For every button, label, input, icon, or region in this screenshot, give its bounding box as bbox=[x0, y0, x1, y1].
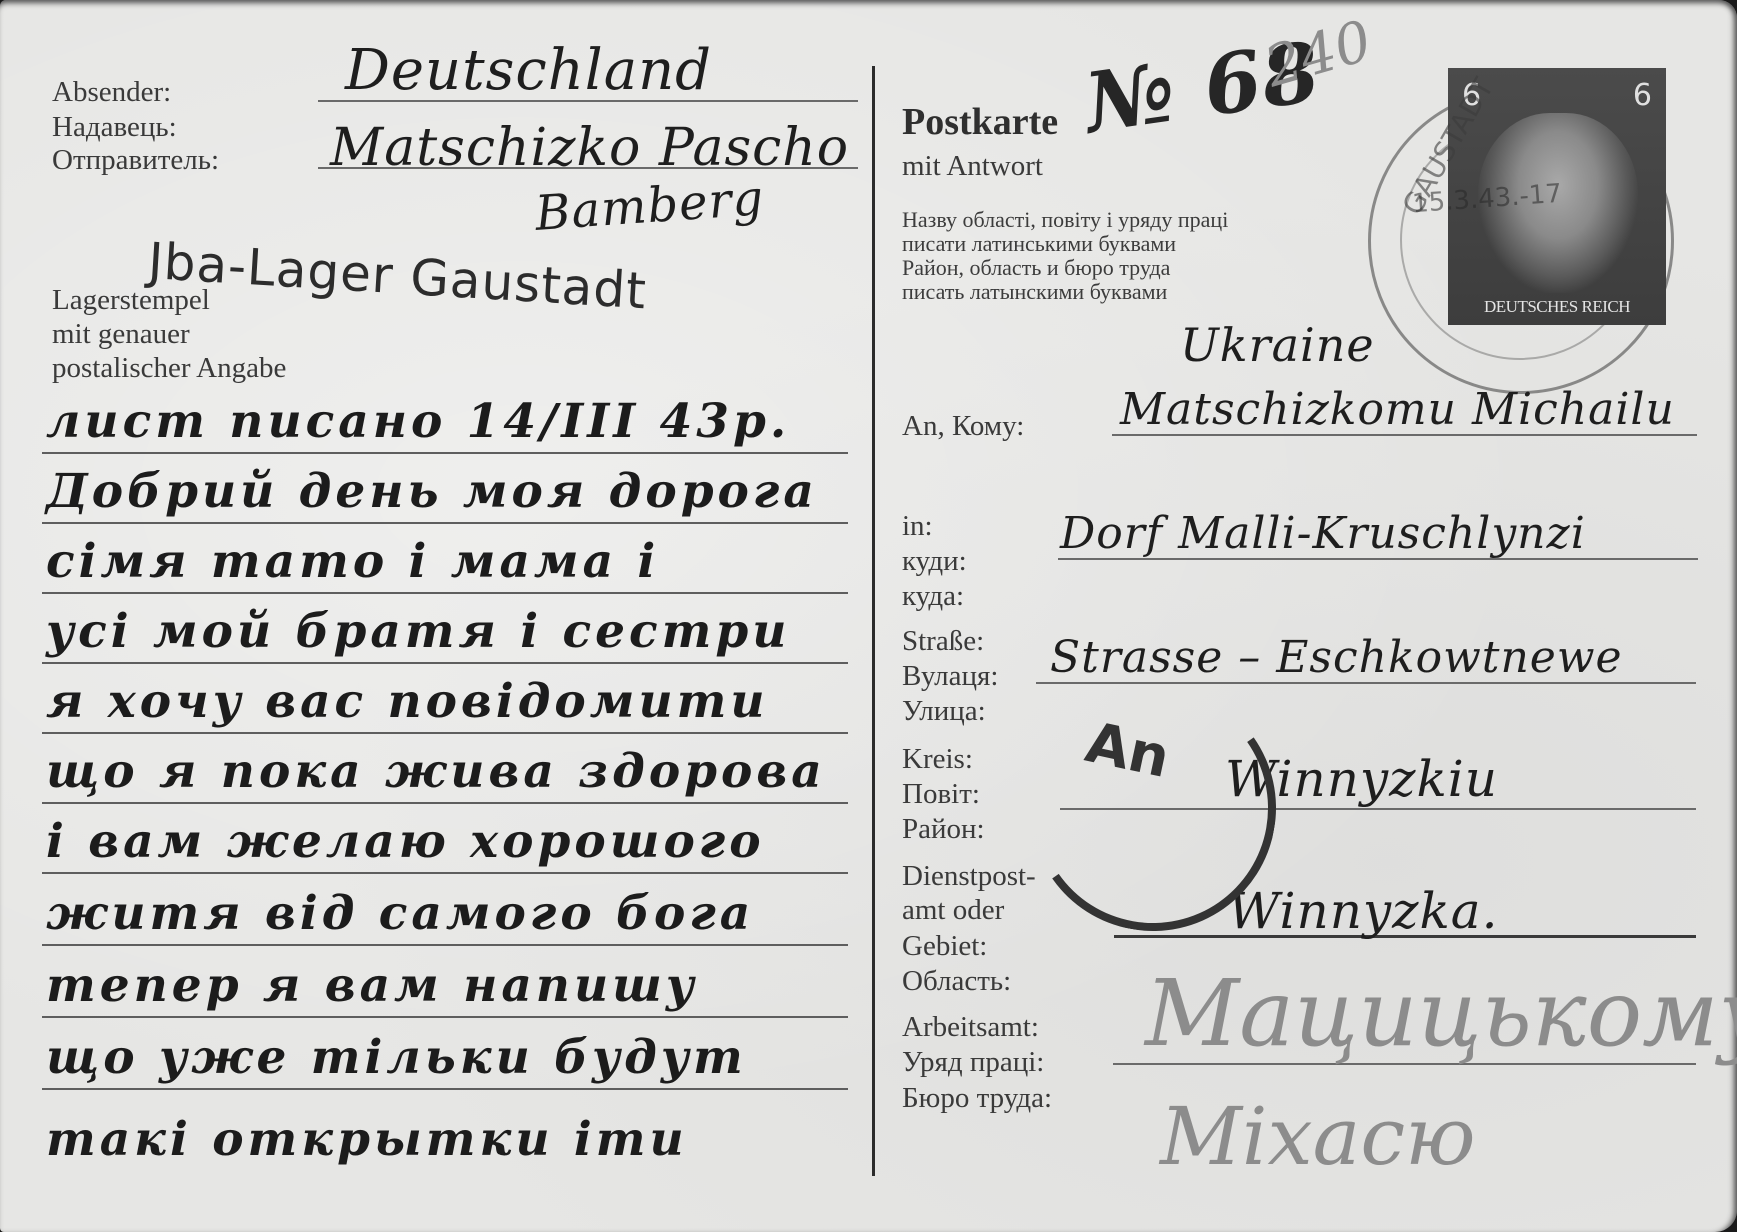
pencil-note-name: Міхасю bbox=[1160, 1090, 1476, 1183]
recipient-label-biuro-truda: Бюро труда: bbox=[902, 1084, 1052, 1113]
card-divider bbox=[872, 66, 875, 1176]
camp-stamp-label-3: postalischer Angabe bbox=[52, 354, 286, 383]
stamp-inscription: DEUTSCHES REICH bbox=[1448, 297, 1666, 317]
recipient-country: Ukraine bbox=[1180, 318, 1375, 372]
letter-rule bbox=[42, 452, 848, 454]
letter-rule bbox=[42, 1016, 848, 1018]
instruction-line-3: Район, область и бюро труда bbox=[902, 256, 1170, 280]
recipient-label-povit: Повіт: bbox=[902, 780, 980, 809]
recipient-label-in: in: bbox=[902, 512, 933, 541]
letter-line: я хочу вас повідомити bbox=[46, 674, 769, 729]
letter-rule bbox=[42, 802, 848, 804]
recipient-label-uriad-pratsi: Уряд праці: bbox=[902, 1048, 1044, 1077]
letter-line: Добрий день моя дорога bbox=[46, 464, 818, 519]
sender-country: Deutschland bbox=[345, 38, 712, 103]
letter-rule bbox=[42, 1088, 848, 1090]
recipient-label-dienstpost: Dienstpost- bbox=[902, 862, 1036, 891]
instruction-line-2: писати латинськими буквами bbox=[902, 232, 1176, 256]
letter-line: сімя тато і мама і bbox=[46, 534, 659, 589]
instruction-line-1: Назву області, повіту і уряду праці bbox=[902, 208, 1228, 232]
postcard-title: Postkarte bbox=[902, 100, 1058, 144]
pencil-number: 240 bbox=[1258, 9, 1379, 101]
recipient-label-vulytsia: Вулаця: bbox=[902, 662, 998, 691]
letter-line: такі открытки іти bbox=[46, 1112, 688, 1167]
recipient-label-ulitsa: Улица: bbox=[902, 697, 986, 726]
letter-rule bbox=[42, 522, 848, 524]
letter-rule bbox=[42, 592, 848, 594]
letter-line: житя від самого бога bbox=[46, 886, 754, 941]
recipient-name: Matschizkomu Michailu bbox=[1120, 384, 1675, 435]
letter-line: тепер я вам напишу bbox=[46, 958, 698, 1013]
recipient-label-gebiet: Gebiet: bbox=[902, 932, 987, 961]
letter-line: лист писано 14/III 43р. bbox=[46, 394, 790, 449]
letter-line: і вам желаю хорошого bbox=[46, 814, 765, 869]
sender-label-uk: Надавець: bbox=[52, 113, 177, 142]
sender-name: Matschizko Pascho bbox=[330, 118, 849, 178]
recipient-region: Winnyzka. bbox=[1228, 882, 1499, 940]
stamp-denomination-right: 6 bbox=[1633, 78, 1652, 113]
recipient-label-to: An, Кому: bbox=[902, 412, 1024, 441]
recipient-label-kudy: куди: bbox=[902, 547, 967, 576]
recipient-label-amt-oder: amt oder bbox=[902, 896, 1004, 925]
letter-line: що я пока жива здорова bbox=[46, 744, 826, 799]
sender-label-de: Absender: bbox=[52, 78, 171, 107]
letter-line: що уже тільки будут bbox=[46, 1030, 747, 1085]
letter-rule bbox=[42, 662, 848, 664]
recipient-label-strasse: Straße: bbox=[902, 627, 984, 656]
recipient-village: Dorf Malli-Kruschlynzi bbox=[1060, 508, 1586, 559]
letter-rule bbox=[42, 872, 848, 874]
instruction-line-4: писать латынскими буквами bbox=[902, 280, 1167, 304]
camp-stamp: Jba-Lager Gaustadt bbox=[146, 232, 648, 320]
letter-line: усі мой братя і сестри bbox=[46, 604, 790, 659]
sender-label-ru: Отправитель: bbox=[52, 146, 219, 175]
sender-city: Bamberg bbox=[533, 170, 766, 242]
camp-stamp-label-1: Lagerstempel bbox=[52, 286, 210, 315]
letter-rule bbox=[42, 944, 848, 946]
letter-rule bbox=[42, 732, 848, 734]
camp-stamp-label-2: mit genauer bbox=[52, 320, 190, 349]
recipient-label-raion: Район: bbox=[902, 815, 985, 844]
recipient-label-kuda: куда: bbox=[902, 582, 964, 611]
recipient-label-arbeitsamt: Arbeitsamt: bbox=[902, 1013, 1039, 1042]
postcard: Absender: Надавець: Отправитель: Deutsch… bbox=[0, 0, 1737, 1232]
pencil-note-surname: Мацицькому bbox=[1145, 960, 1737, 1067]
recipient-label-oblast: Область: bbox=[902, 967, 1011, 996]
recipient-street: Strasse – Eschkowtnewe bbox=[1050, 632, 1623, 683]
recipient-label-kreis: Kreis: bbox=[902, 745, 973, 774]
postcard-subtitle: mit Antwort bbox=[902, 150, 1043, 183]
